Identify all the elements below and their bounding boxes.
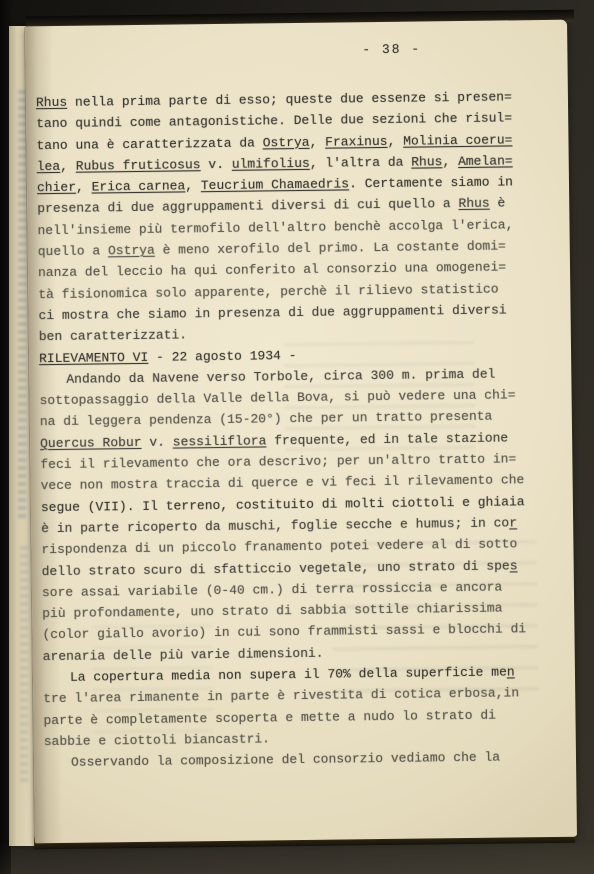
document-page: - 38 - Rhus nella prima parte di esso; q… (25, 20, 577, 844)
text-segment: La copertura media non supera il 70% del… (70, 665, 507, 685)
text-segment: - 22 agosto 1934 - (148, 348, 296, 365)
text-segment: (color giallo avorio) in cui sono frammi… (42, 622, 526, 643)
underlined-term: Amelan= (458, 153, 513, 169)
text-segment: , (309, 134, 325, 149)
text-segment: sottopassaggio della Valle della Bova, s… (40, 388, 516, 409)
underlined-term: Rhus (458, 196, 489, 211)
page-number: - 38 - (362, 42, 421, 58)
underlined-term: lea (37, 159, 61, 174)
text-segment: , (76, 180, 92, 195)
text-segment: tà fisionomica solo apparente, perchè il… (38, 281, 498, 302)
underlined-term: chier (37, 180, 76, 195)
underlined-term: ulmifolius (232, 156, 310, 172)
text-segment: tre l'area rimanente in parte è rivestit… (43, 686, 519, 707)
text-segment: , (185, 178, 201, 193)
text-segment: nella prima parte di esso; queste due es… (67, 89, 512, 109)
text-segment: Andando da Navene verso Torbole, circa 3… (66, 366, 495, 386)
text-segment: arenaria delle più varie dimensioni. (43, 645, 324, 663)
underlined-term: Erica carnea (92, 179, 186, 195)
underlined-term: Molinia coeru= (403, 132, 512, 148)
underlined-term: Ostrya (263, 134, 310, 150)
text-segment: è in parte ricoperto da muschi, foglie s… (41, 515, 509, 536)
text-segment: Osservando la composizione del consorzio… (71, 750, 500, 770)
text-segment: rispondenza di un piccolo franamento pot… (41, 537, 517, 558)
text-segment: , (442, 154, 458, 169)
text-segment: è meno xerofilo del primo. La costante d… (155, 239, 506, 258)
text-segment: ci mostra che siamo in presenza di due a… (38, 302, 506, 323)
text-segment: na di leggera pendenza (15-20°) che per … (40, 409, 493, 430)
text-segment: vece non mostra traccia di querce e vi f… (41, 473, 525, 494)
text-segment: presenza di due aggruppamenti diversi di… (37, 197, 458, 217)
text-segment: quello a (38, 243, 108, 259)
text-segment: più profondamente, uno strato di sabbia … (42, 601, 502, 622)
bleedthrough-text-ghost (20, 546, 28, 786)
text-segment: sore assai variabile (0-40 cm.) di terra… (42, 579, 502, 600)
scanned-book-photo: { "document": { "page_number": "- 38 -",… (0, 0, 594, 874)
underlined-term: Ostrya (108, 243, 155, 259)
underlined-term: r (509, 515, 517, 530)
text-segment: , (60, 159, 76, 174)
text-segment: v. (200, 157, 231, 172)
bleedthrough-text-ghost (18, 90, 26, 520)
text-segment: nell'insieme più termofilo dell'altro be… (37, 217, 513, 238)
text-segment: nanza del leccio ha qui conferito al con… (38, 260, 506, 281)
underlined-term: sessiliflora (173, 433, 267, 449)
text-segment: tano quindi come antagonistiche. Delle d… (36, 111, 512, 132)
underlined-term: Fraxinus (325, 134, 388, 150)
text-segment: sabbie e ciottoli biancastri. (44, 731, 270, 749)
text-segment: dello strato scuro di sfatticcio vegetal… (42, 558, 510, 579)
underlined-term: Rhus (411, 154, 442, 169)
underlined-term: n (507, 664, 515, 679)
text-segment: . Certamente siamo in (349, 175, 513, 192)
underlined-term: Teucrium Chamaedris (201, 177, 349, 194)
text-segment: v. (141, 434, 172, 449)
underlined-term: Rubus fruticosus (76, 157, 201, 174)
text-segment: , l'altra da (310, 155, 412, 171)
underlined-term: Rhus (36, 95, 67, 110)
text-segment: segue (VII). Il terreno, costituito di m… (41, 494, 525, 515)
underlined-term: s (510, 558, 518, 573)
underlined-term: Quercus Robur (40, 435, 142, 451)
text-segment: tano una è caratterizzata da (36, 135, 262, 153)
text-segment: parte è completamente scoperta e mette a… (43, 707, 496, 728)
text-segment: ben caratterizzati. (39, 328, 187, 345)
text-segment: feci il rilevamento che ora descrivo; pe… (40, 451, 516, 472)
text-segment: , (387, 133, 403, 148)
text-segment: è (490, 196, 506, 211)
text-block: Rhus nella prima parte di esso; queste d… (36, 86, 564, 774)
text-segment: frequente, ed in tale stazione (266, 430, 508, 448)
underlined-term: RILEVAMENTO VI (39, 349, 148, 365)
